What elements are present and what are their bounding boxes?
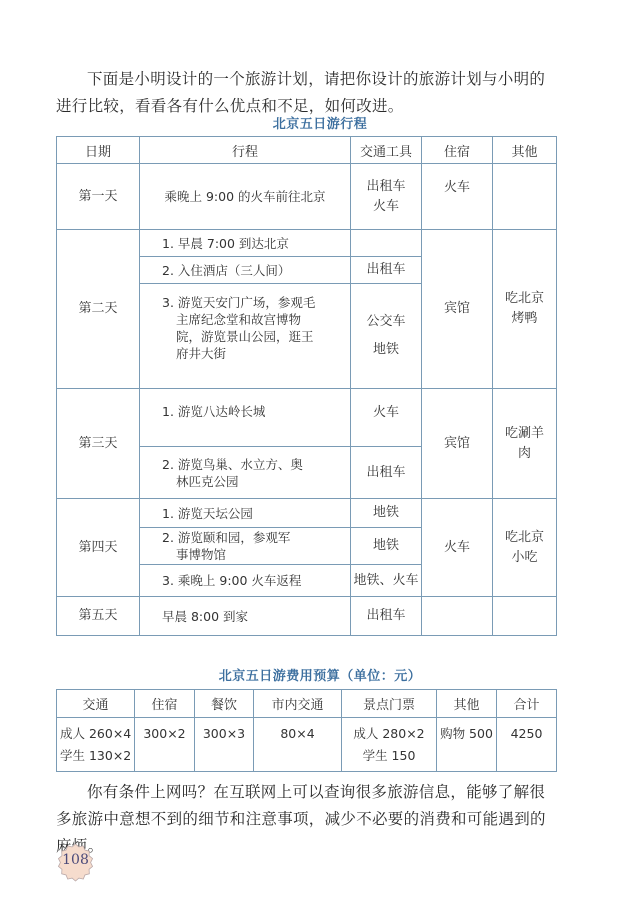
- plan-cell: 2. 游览颐和园，参观军事博物馆: [140, 528, 351, 565]
- plan-cell: 1. 游览八达岭长城: [140, 389, 351, 447]
- plan-cell: 1. 游览天坛公园: [140, 499, 351, 528]
- header-lodging: 住宿: [135, 690, 195, 718]
- day-label: 第二天: [57, 230, 140, 389]
- transport-cell: 出租车: [351, 257, 422, 284]
- plan-cell: 3. 乘晚上 9:00 火车返程: [140, 565, 351, 597]
- transport-cell: 地铁: [351, 499, 422, 528]
- plan-cell: 3. 游览天安门广场，参观毛主席纪念堂和故宫博物院，游览景山公园，逛王府井大街: [140, 284, 351, 389]
- header-total: 合计: [497, 690, 557, 718]
- day-label: 第一天: [57, 164, 140, 230]
- plan-text: 2. 游览鸟巢、水立方、奥林匹克公园: [162, 456, 310, 490]
- table-row: 第四天 1. 游览天坛公园 地铁 火车 吃北京小吃: [57, 499, 557, 528]
- table-row: 第五天 早晨 8:00 到家 出租车: [57, 597, 557, 636]
- header-tickets: 景点门票: [342, 690, 437, 718]
- stay-cell: 宾馆: [422, 389, 493, 499]
- table-row: 第二天 1. 早晨 7:00 到达北京 宾馆 吃北京烤鸭: [57, 230, 557, 257]
- food-cost: 300×3: [195, 718, 254, 772]
- itinerary-header-row: 日期 行程 交通工具 住宿 其他: [57, 137, 557, 164]
- transport-adult: 成人 260×4: [60, 723, 134, 745]
- header-other: 其他: [437, 690, 497, 718]
- stay-cell: [422, 597, 493, 636]
- plan-cell: 乘晚上 9:00 的火车前往北京: [140, 164, 351, 230]
- other-cell: 吃北京小吃: [493, 499, 557, 597]
- stay-cell: 宾馆: [422, 230, 493, 389]
- plan-cell: 2. 游览鸟巢、水立方、奥林匹克公园: [140, 447, 351, 499]
- budget-values-row: 成人 260×4 学生 130×2 300×2 300×3 80×4 成人 28…: [57, 718, 557, 772]
- transport-cell: [351, 230, 422, 257]
- plan-cell: 早晨 8:00 到家: [140, 597, 351, 636]
- budget-header-row: 交通 住宿 餐饮 市内交通 景点门票 其他 合计: [57, 690, 557, 718]
- plan-text: 2. 游览颐和园，参观军事博物馆: [162, 529, 300, 563]
- header-stay: 住宿: [422, 137, 493, 164]
- ticket-student: 学生 150: [342, 745, 436, 767]
- ticket-adult: 成人 280×2: [342, 723, 436, 745]
- plan-cell: 1. 早晨 7:00 到达北京: [140, 230, 351, 257]
- header-date: 日期: [57, 137, 140, 164]
- other-cell: [493, 164, 557, 230]
- page-number: 108: [56, 852, 95, 868]
- stay-cell: 火车: [422, 164, 493, 230]
- transport-cell: 出租车 火车: [351, 164, 422, 230]
- transport-text: 公交车: [351, 312, 421, 332]
- total-cost: 4250: [497, 718, 557, 772]
- other-cell: [493, 597, 557, 636]
- transport-cell: 地铁、火车: [351, 565, 422, 597]
- other-cost: 购物 500: [437, 718, 497, 772]
- header-transport: 交通: [57, 690, 135, 718]
- itinerary-table: 日期 行程 交通工具 住宿 其他 第一天 乘晚上 9:00 的火车前往北京 出租…: [56, 136, 557, 636]
- outro-paragraph: 你有条件上网吗？在互联网上可以查询很多旅游信息，能够了解很多旅游中意想不到的细节…: [56, 779, 560, 860]
- ticket-cost: 成人 280×2 学生 150: [342, 718, 437, 772]
- header-other: 其他: [493, 137, 557, 164]
- other-cell: 吃北京烤鸭: [493, 230, 557, 389]
- intro-paragraph: 下面是小明设计的一个旅游计划，请把你设计的旅游计划与小明的进行比较，看看各有什么…: [56, 66, 560, 120]
- transport-cell: 公交车 地铁: [351, 284, 422, 389]
- header-plan: 行程: [140, 137, 351, 164]
- table-row: 第一天 乘晚上 9:00 的火车前往北京 出租车 火车 火车: [57, 164, 557, 230]
- header-city-transport: 市内交通: [254, 690, 342, 718]
- transport-cell: 火车: [351, 389, 422, 447]
- city-transport-cost: 80×4: [254, 718, 342, 772]
- transport-cell: 出租车: [351, 447, 422, 499]
- budget-title: 北京五日游费用预算（单位：元）: [0, 665, 640, 684]
- header-food: 餐饮: [195, 690, 254, 718]
- transport-text: 火车: [351, 197, 421, 217]
- header-transport: 交通工具: [351, 137, 422, 164]
- transport-text: 出租车: [351, 177, 421, 197]
- other-cell: 吃涮羊肉: [493, 389, 557, 499]
- plan-text: 乘晚上 9:00 的火车前往北京: [164, 189, 325, 204]
- transport-cell: 地铁: [351, 528, 422, 565]
- itinerary-title: 北京五日游行程: [0, 113, 640, 132]
- day-label: 第三天: [57, 389, 140, 499]
- plan-text: 3. 游览天安门广场，参观毛主席纪念堂和故宫博物院，游览景山公园，逛王府井大街: [162, 294, 320, 362]
- lodging-cost: 300×2: [135, 718, 195, 772]
- day-label: 第四天: [57, 499, 140, 597]
- transport-cell: 出租车: [351, 597, 422, 636]
- plan-cell: 2. 入住酒店（三人间）: [140, 257, 351, 284]
- transport-text: 地铁: [351, 340, 421, 360]
- table-row: 第三天 1. 游览八达岭长城 火车 宾馆 吃涮羊肉: [57, 389, 557, 447]
- transport-cost: 成人 260×4 学生 130×2: [57, 718, 135, 772]
- transport-student: 学生 130×2: [60, 745, 134, 767]
- stay-cell: 火车: [422, 499, 493, 597]
- day-label: 第五天: [57, 597, 140, 636]
- budget-table: 交通 住宿 餐饮 市内交通 景点门票 其他 合计 成人 260×4 学生 130…: [56, 689, 557, 772]
